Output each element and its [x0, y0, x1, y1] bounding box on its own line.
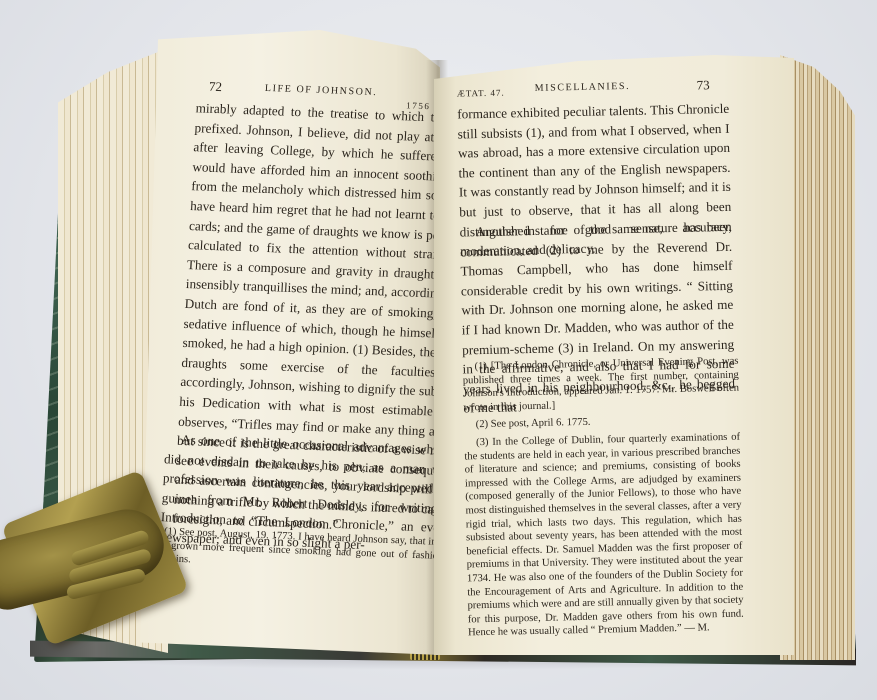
page-number-left: 72 [208, 79, 222, 95]
right-footnotes: (1) [The London Chronicle, or Universal … [462, 355, 744, 645]
footnote: (2) See post, April 6. 1775. [464, 413, 740, 432]
brass-hand-paperweight [0, 483, 195, 653]
aetat-label: Ætat. 47. [457, 88, 505, 99]
footnote: (3) In the College of Dublin, four quart… [464, 431, 744, 641]
running-head-right: MISCELLANIES. [535, 81, 631, 94]
page-number-right: 73 [697, 77, 710, 93]
footnote: (1) [The London Chronicle, or Universal … [462, 355, 739, 415]
right-page: Ætat. 47. MISCELLANIES. 73 formance exhi… [434, 55, 794, 655]
photo-scene: 72 LIFE OF JOHNSON. 1756 mirably adapted… [0, 0, 877, 700]
running-head-left: LIFE OF JOHNSON. [265, 83, 378, 98]
